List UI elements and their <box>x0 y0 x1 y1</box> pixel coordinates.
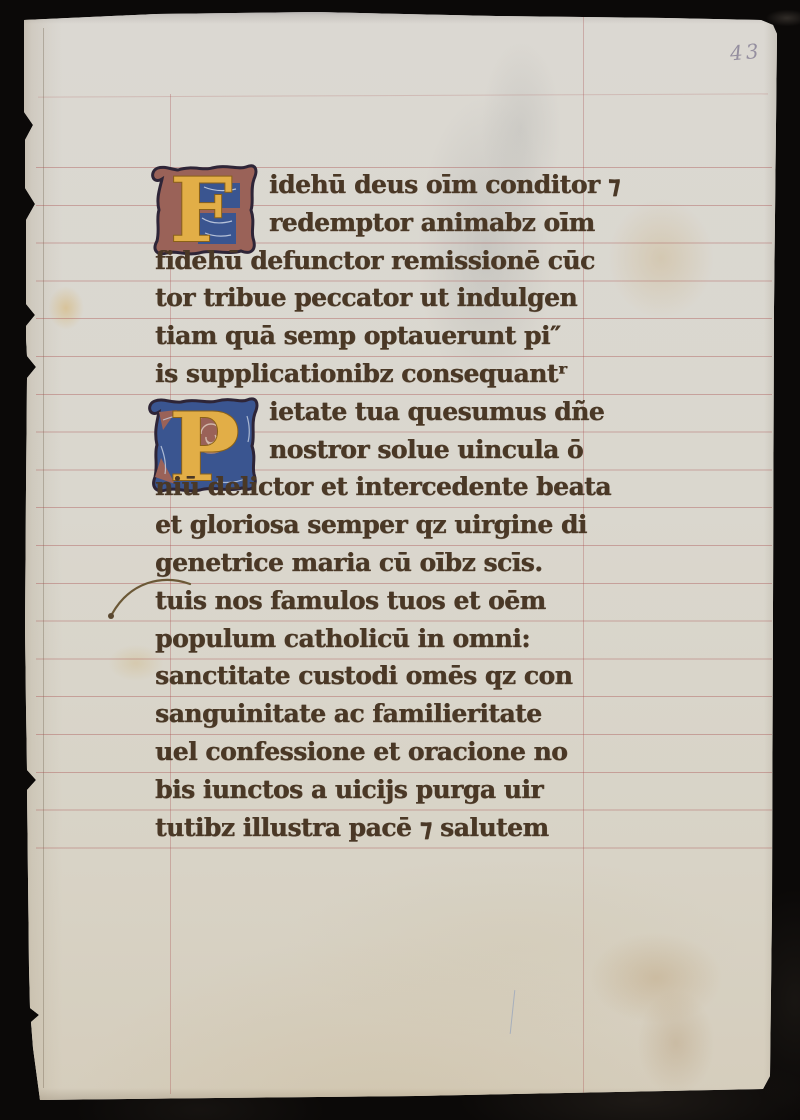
manuscript-text-line: uel confessione et oracione no <box>155 734 655 772</box>
manuscript-text-line: idehū deus oīm conditor ⁊ <box>155 167 655 205</box>
manuscript-text-line: populum catholicū in omni: <box>155 621 655 659</box>
folio-number: 43 <box>729 39 762 66</box>
ruling-line-top-margin <box>38 93 768 97</box>
surface-scratch <box>510 990 516 1034</box>
manuscript-text-line: tiam quā semp optauerunt pi″ <box>155 318 655 356</box>
manuscript-text-line: is supplicationibz consequantʳ <box>155 356 655 394</box>
manuscript-text-line: bis iunctos a uicijs purga uir <box>155 772 655 810</box>
manuscript-text-line: nostror solue uincula ō <box>155 432 655 470</box>
manuscript-text-line: fidehū defunctor remissionē cūc <box>155 243 655 281</box>
manuscript-text-line: sanguinitate ac familieritate <box>155 696 655 734</box>
manuscript-text-line: tutibz illustra pacē ⁊ salutem <box>155 810 655 848</box>
manuscript-text-line: niū delictor et intercedente beata <box>155 469 655 507</box>
manuscript-text-line: sanctitate custodi omēs qz con <box>155 658 655 696</box>
manuscript-leaf: 43 F P idehū deus oīm conditor ⁊redempto… <box>16 8 778 1100</box>
manuscript-text-line: et gloriosa semper qz uirgine di <box>155 507 655 545</box>
text-block: idehū deus oīm conditor ⁊redemptor anima… <box>155 167 655 847</box>
photograph-background: { "page": { "description": "Medieval Boo… <box>0 0 800 1120</box>
manuscript-text-line: genetrice maria cū oībz scīs. <box>155 545 655 583</box>
manuscript-text-line: tuis nos famulos tuos et oēm <box>155 583 655 621</box>
manuscript-text-line: tor tribue peccator ut indulgen <box>155 280 655 318</box>
manuscript-text-line: redemptor animabz oīm <box>155 205 655 243</box>
manuscript-text-line: ietate tua quesumus dñe <box>155 394 655 432</box>
